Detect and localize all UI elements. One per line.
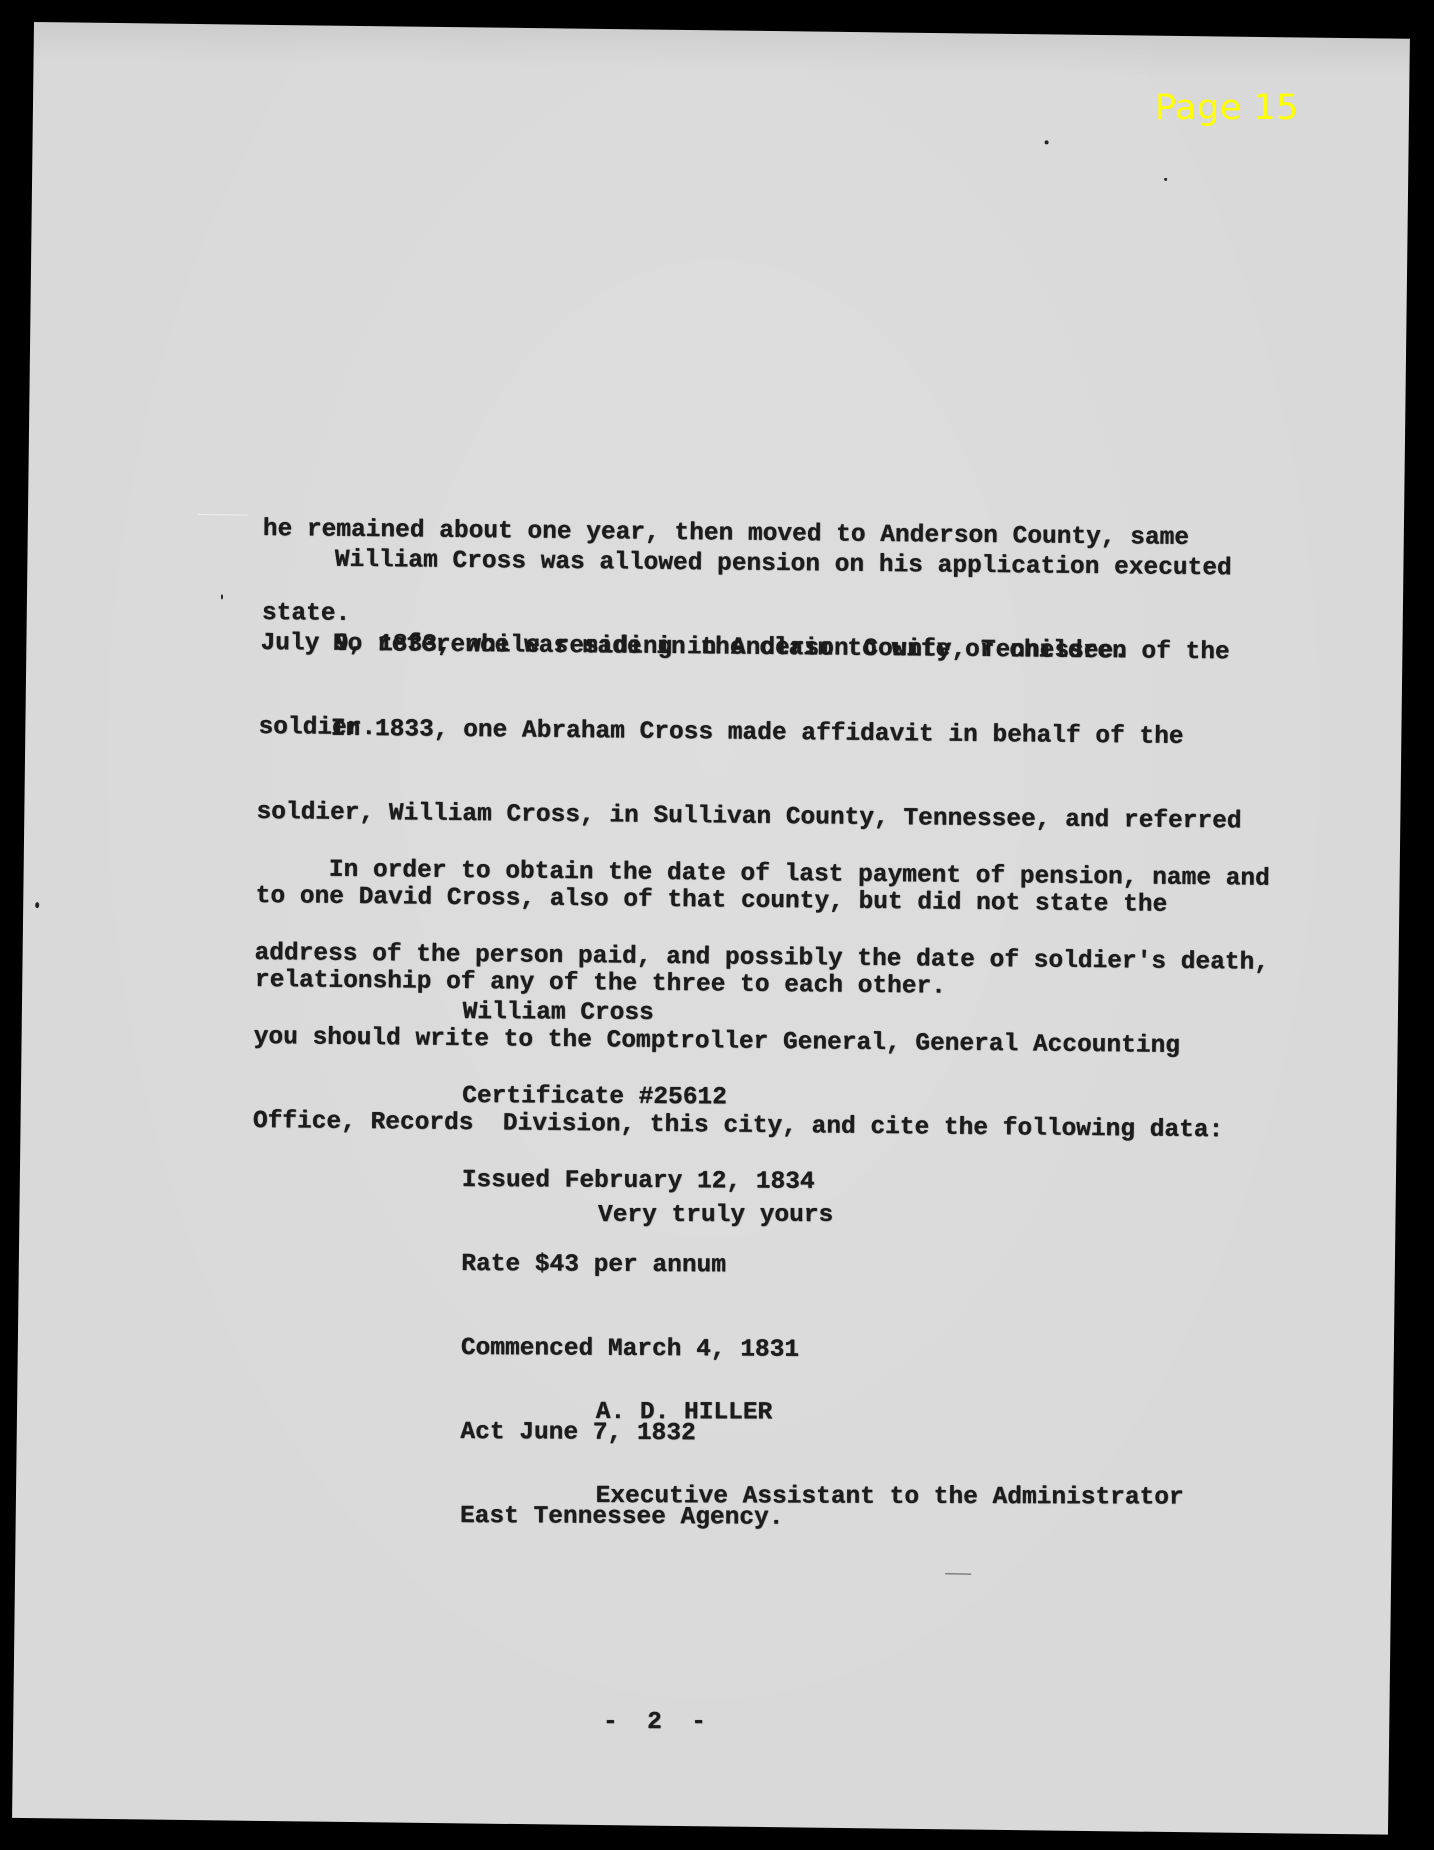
- text-line: In 1833, one Abraham Cross made affidavi…: [257, 715, 1242, 752]
- citation-certificate: Certificate #25612: [462, 1083, 815, 1113]
- scan-speck: [1045, 140, 1049, 144]
- scan-speck: [221, 594, 223, 599]
- scan-mark: [945, 1573, 971, 1574]
- citation-rate: Rate $43 per annum: [461, 1251, 814, 1281]
- scan-speck: [35, 902, 39, 908]
- signer-name: A. D. HILLER: [596, 1399, 1184, 1429]
- citation-name: William Cross: [463, 999, 816, 1029]
- signer-title: Executive Assistant to the Administrator: [596, 1483, 1184, 1513]
- text-line: In order to obtain the date of last paym…: [255, 856, 1270, 894]
- scan-mark: [198, 514, 248, 516]
- citation-issued: Issued February 12, 1834: [462, 1167, 815, 1197]
- page-label-overlay: Page 15: [1155, 88, 1299, 128]
- scan-speck: [1164, 178, 1167, 181]
- page-number: - 2 -: [603, 1709, 706, 1737]
- signature-block: A. D. HILLER Executive Assistant to the …: [595, 1343, 1184, 1541]
- closing: Very truly yours: [598, 1202, 833, 1230]
